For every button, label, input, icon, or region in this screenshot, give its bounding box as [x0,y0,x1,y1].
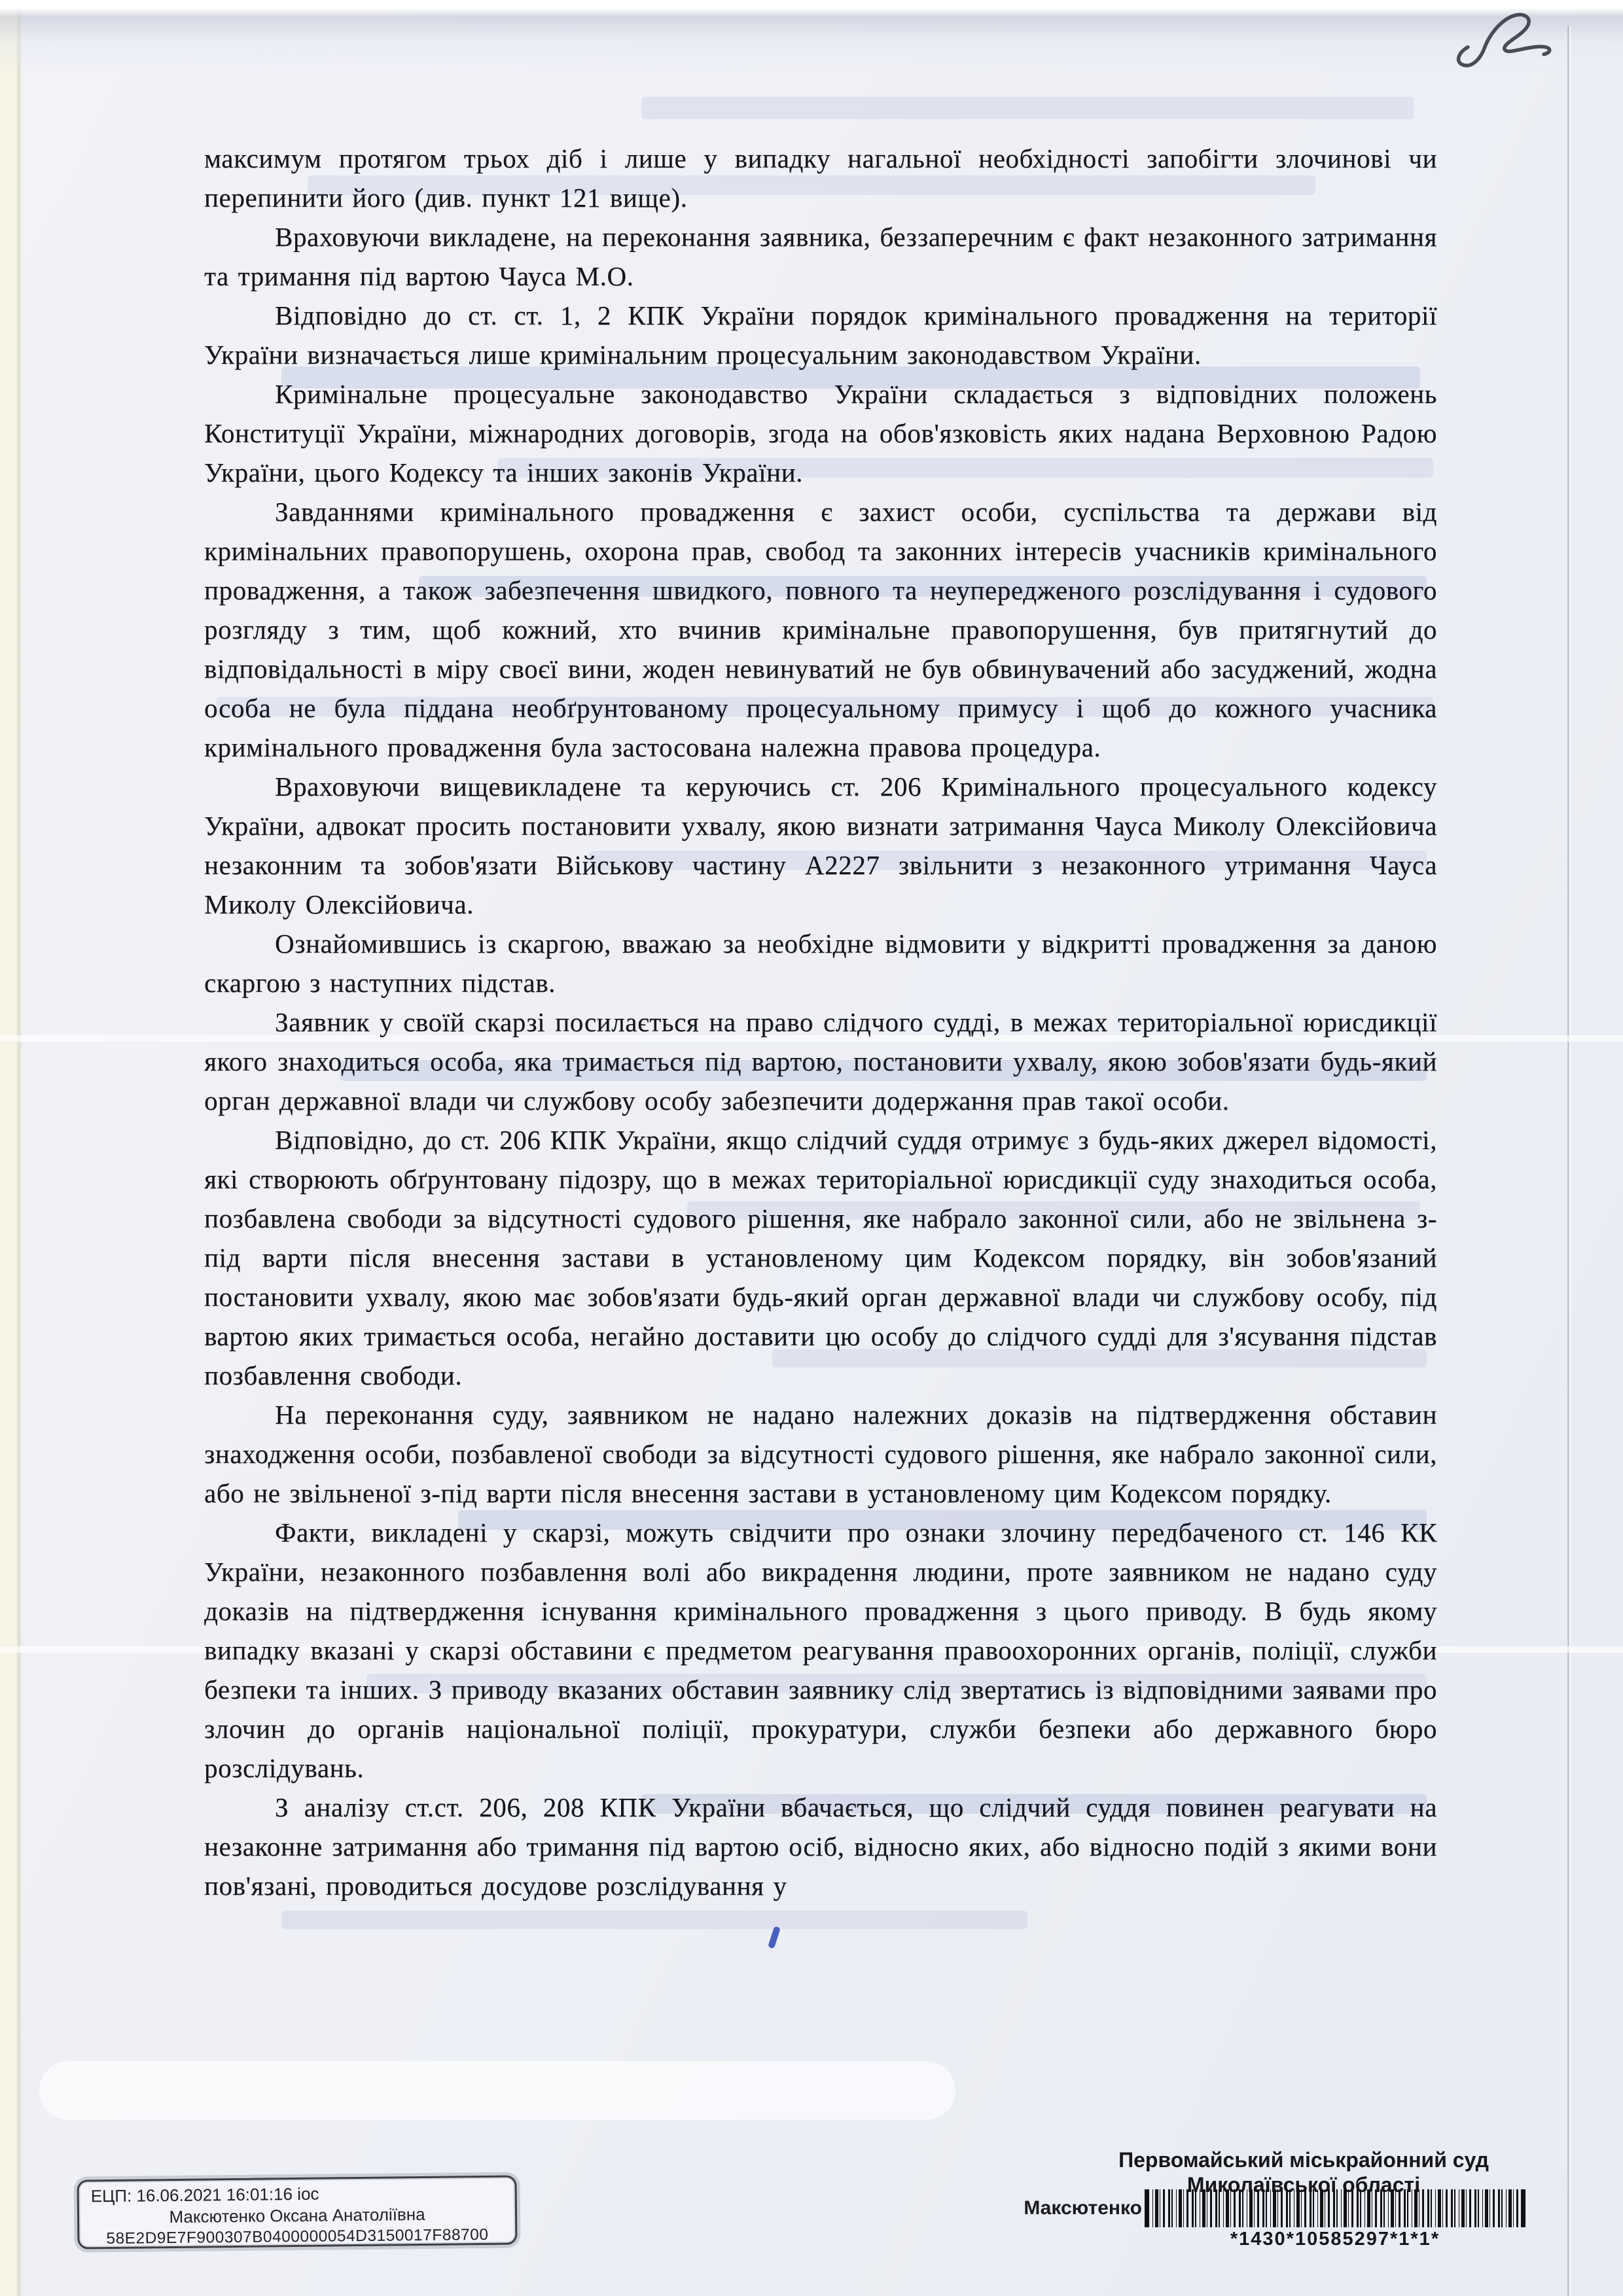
barcode-row: Максютенко [1001,2189,1531,2227]
pen-mark-artifact [768,1926,781,1949]
ecp-key-hex: 58E2D9E7F900307B0400000054D3150017F88700 [91,2225,503,2250]
handwritten-2-stroke [1450,4,1554,76]
paragraph: Враховуючи викладене, на переконання зая… [204,217,1437,296]
paragraph: Відповідно до ст. ст. 1, 2 КПК України п… [204,296,1437,374]
court-stamp-line1: Первомайський міськрайонний суд [1075,2147,1533,2172]
paragraph: Заявник у своїй скарзі посилається на пр… [204,1002,1437,1120]
barcode-icon [1145,2189,1525,2227]
paragraph: Кримінальне процесуальне законодавство У… [204,374,1437,492]
paragraph: Відповідно, до ст. 206 КПК України, якщо… [204,1120,1437,1395]
scan-fold-line [1567,26,1569,2296]
paragraph: З аналізу ст.ст. 206, 208 КПК України вб… [204,1788,1437,1905]
paragraph: Факти, викладені у скарзі, можуть свідчи… [204,1513,1437,1788]
barcode-label: Максютенко [1001,2197,1142,2219]
scan-crease [39,2061,955,2120]
document-body-text: максимум протягом трьох діб і лише у вип… [204,139,1437,1905]
bleed-through-artifact [281,1911,1027,1929]
paragraph: Ознайомившись із скаргою, вважаю за необ… [204,924,1437,1002]
barcode-code-text: *1430*10585297*1*1* [1145,2229,1525,2250]
paragraph: Завданнями кримінального провадження є з… [204,492,1437,767]
paragraph: На переконання суду, заявником не надано… [204,1395,1437,1513]
digital-signature-stamp: ЕЦП: 16.06.2021 16:01:16 іос Максютенко … [77,2175,517,2249]
scanned-court-document-page: максимум протягом трьох діб і лише у вип… [0,0,1623,2296]
paragraph: Враховуючи вищевикладене та керуючись ст… [204,767,1437,924]
paragraph: максимум протягом трьох діб і лише у вип… [204,139,1437,217]
handwritten-page-number [1450,4,1554,76]
bleed-through-artifact [641,97,1414,119]
